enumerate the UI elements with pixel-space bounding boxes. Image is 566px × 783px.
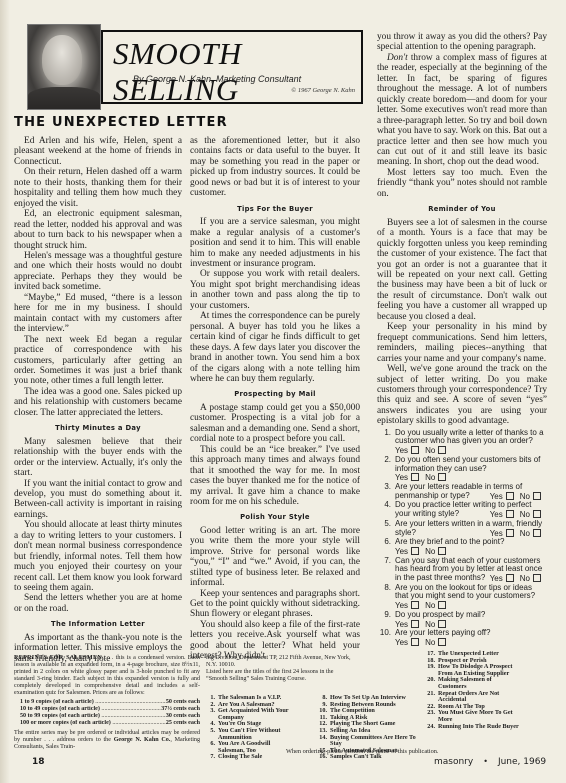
question-text: Are you on the lookout for tips or ideas… bbox=[395, 583, 535, 601]
price-quantity: 10 to 49 copies (of each article) bbox=[14, 706, 161, 713]
lesson-name: Repeat Orders Are Not Accidental bbox=[438, 690, 499, 704]
lesson-number: 14. bbox=[318, 735, 327, 742]
yes-label: Yes bbox=[395, 638, 408, 647]
paragraph: Many salesmen believe that their relatio… bbox=[14, 437, 182, 479]
paragraph: Send the letters whether you are at home… bbox=[14, 593, 182, 614]
lesson-title: 16.Samples Can't Talk bbox=[318, 754, 416, 761]
yes-checkbox[interactable] bbox=[506, 529, 514, 537]
emphasis: Don't bbox=[387, 53, 408, 63]
yes-checkbox[interactable] bbox=[506, 510, 514, 518]
portrait-suit bbox=[28, 87, 100, 109]
section-subhead: Prospecting by Mail bbox=[190, 389, 360, 399]
page-number: 18 bbox=[32, 757, 45, 767]
no-checkbox[interactable] bbox=[438, 620, 446, 628]
lesson-name: You Are A Goodwill Salesman, Too bbox=[218, 740, 270, 754]
price-quantity: 50 to 99 copies (of each article) bbox=[14, 713, 166, 720]
no-checkbox[interactable] bbox=[533, 510, 541, 518]
lesson-number: 24. bbox=[426, 724, 435, 731]
question-text: Are your letters paying off? bbox=[395, 628, 490, 637]
paragraph: Helen's message was a thoughtful gesture… bbox=[14, 251, 182, 293]
paragraph-text: throw a complex mass of figures at the r… bbox=[377, 53, 547, 168]
question-number: 8. bbox=[377, 584, 391, 593]
paragraph: The next week Ed began a regular practic… bbox=[14, 335, 182, 387]
lesson-number: 19. bbox=[426, 664, 435, 671]
paragraph: The idea was a good one. Sales picked up… bbox=[14, 387, 182, 418]
quiz-question: 5.Are your letters written in a warm, fr… bbox=[377, 520, 547, 538]
order-address-text: ing Division, Department TP, 212 Fifth A… bbox=[206, 655, 351, 669]
paragraph: If you want the initial contact to grow … bbox=[14, 479, 182, 521]
copyright-notice: © 1967 George N. Kahn bbox=[291, 87, 355, 94]
no-label: No bbox=[520, 529, 530, 538]
no-label: No bbox=[520, 574, 530, 583]
issue-date: June, 1969 bbox=[498, 757, 546, 767]
column-title: SMOOTH SELLING bbox=[113, 36, 361, 108]
no-checkbox[interactable] bbox=[438, 601, 446, 609]
reprints-intro: . . . this is a condensed version. Each … bbox=[14, 655, 200, 696]
price-quantity: 1 to 9 copies (of each article) bbox=[14, 699, 166, 706]
question-number: 6. bbox=[377, 538, 391, 547]
yes-no-answers: YesNo bbox=[395, 547, 452, 556]
paragraph: Ed, an electronic equipment salesman, re… bbox=[14, 209, 182, 251]
price-quantity: 100 or more copies (of each article) bbox=[14, 720, 166, 727]
yes-no-answers: YesNo bbox=[395, 601, 452, 610]
yes-label: Yes bbox=[490, 492, 503, 501]
yes-checkbox[interactable] bbox=[411, 473, 419, 481]
price-row: 100 or more copies (of each article)25 c… bbox=[14, 720, 200, 727]
lessons-intro: Listed here are the titles of the first … bbox=[206, 669, 351, 683]
paragraph: Don't throw a complex mass of figures at… bbox=[377, 53, 547, 168]
question-number: 7. bbox=[377, 557, 391, 566]
lesson-name: Get Acquainted With Your Company bbox=[218, 707, 288, 721]
yes-label: Yes bbox=[395, 446, 408, 455]
paragraph: Ed Arlen and his wife, Helen, spent a pl… bbox=[14, 136, 182, 167]
no-label: No bbox=[520, 492, 530, 501]
quiz-question: 7.Can you say that each of your customer… bbox=[377, 557, 547, 584]
price-list: 1 to 9 copies (of each article)50 cents … bbox=[14, 699, 200, 727]
quiz-question: 6.Are they brief and to the point?YesNo bbox=[377, 538, 547, 556]
article-column-2: as the aforementioned letter, but it als… bbox=[190, 136, 360, 662]
yes-checkbox[interactable] bbox=[411, 547, 419, 555]
lesson-title: 24.Running Into The Rude Buyer bbox=[426, 724, 521, 731]
quiz-question: 4.Do you practice letter writing to perf… bbox=[377, 501, 547, 519]
no-checkbox[interactable] bbox=[533, 574, 541, 582]
article-column-1: Ed Arlen and his wife, Helen, spent a pl… bbox=[14, 136, 182, 664]
paragraph: Keep your sentences and paragraphs short… bbox=[190, 589, 360, 620]
yes-label: Yes bbox=[490, 529, 503, 538]
price-amount: 37½ cents each bbox=[161, 706, 200, 713]
lesson-list-1: 1.The Salesman Is a V.I.P.2.Are You A Sa… bbox=[206, 695, 296, 761]
no-checkbox[interactable] bbox=[438, 638, 446, 646]
paragraph: Or suppose you work with retail dealers.… bbox=[190, 269, 360, 311]
self-quiz: 1.Do you usually write a letter of thank… bbox=[377, 429, 547, 648]
lesson-name: Making Salesmen of Customers bbox=[438, 676, 492, 690]
article-column-3: you throw it away as you did the others?… bbox=[377, 32, 547, 648]
no-checkbox[interactable] bbox=[438, 446, 446, 454]
yes-label: Yes bbox=[395, 473, 408, 482]
no-checkbox[interactable] bbox=[533, 529, 541, 537]
publication-folio: masonry•June, 1969 bbox=[434, 757, 546, 767]
no-label: No bbox=[425, 473, 435, 482]
reprints-lead: REPRINTS FOR SALESMEN bbox=[14, 655, 102, 661]
no-label: No bbox=[425, 547, 435, 556]
quiz-question: 9.Do you prospect by mail?YesNo bbox=[377, 611, 547, 629]
section-subhead: Polish Your Style bbox=[190, 512, 360, 522]
price-amount: 25 cents each bbox=[166, 720, 200, 727]
no-checkbox[interactable] bbox=[438, 547, 446, 555]
price-row: 10 to 49 copies (of each article)37½ cen… bbox=[14, 706, 200, 713]
paragraph: Well, we've gone around the track on the… bbox=[377, 364, 547, 427]
lesson-name: Closing The Sale bbox=[218, 753, 262, 760]
paragraph: You should allocate at least thirty minu… bbox=[14, 520, 182, 593]
question-number: 5. bbox=[377, 520, 391, 529]
paragraph: A postage stamp could get you a $50,000 … bbox=[190, 403, 360, 445]
lesson-list-3: 17.The Unexpected Letter18.Prospect or P… bbox=[426, 651, 521, 730]
question-text: Do you often send your customers bits of… bbox=[395, 455, 540, 473]
lesson-name: How To Dislodge A Prospect From An Exist… bbox=[438, 663, 513, 677]
yes-checkbox[interactable] bbox=[411, 601, 419, 609]
paragraph: Good letter writing is an art. The more … bbox=[190, 526, 360, 589]
page-binding-shadow bbox=[0, 0, 10, 783]
price-row: 50 to 99 copies (of each article)30 cent… bbox=[14, 713, 200, 720]
no-label: No bbox=[425, 601, 435, 610]
yes-checkbox[interactable] bbox=[411, 638, 419, 646]
section-subhead: Thirty Minutes a Day bbox=[14, 423, 182, 433]
yes-label: Yes bbox=[395, 620, 408, 629]
section-subhead: The Information Letter bbox=[14, 619, 182, 629]
portrait-head bbox=[42, 35, 82, 85]
quiz-question: 3.Are your letters readable in terms of … bbox=[377, 483, 547, 501]
question-number: 1. bbox=[377, 429, 391, 438]
lesson-name: Running Into The Rude Buyer bbox=[438, 723, 519, 730]
no-checkbox[interactable] bbox=[438, 473, 446, 481]
yes-checkbox[interactable] bbox=[411, 620, 419, 628]
article-column-3-text: you throw it away as you did the others?… bbox=[377, 32, 547, 427]
column-title-box: SMOOTH SELLING By George N. Kahn, Market… bbox=[101, 30, 363, 104]
yes-no-answers: YesNo bbox=[395, 620, 452, 629]
question-text: Do you prospect by mail? bbox=[395, 610, 485, 619]
section-subhead: Tips For the Buyer bbox=[190, 204, 360, 214]
lesson-name: Buying Committees Are Here To Stay bbox=[330, 734, 416, 748]
no-label: No bbox=[520, 510, 530, 519]
lesson-number: 21. bbox=[426, 691, 435, 698]
question-number: 10. bbox=[377, 629, 391, 638]
yes-checkbox[interactable] bbox=[506, 492, 514, 500]
byline: By George N. Kahn, Marketing Consultant bbox=[133, 74, 301, 84]
section-subhead: Reminder of You bbox=[377, 204, 547, 214]
paragraph: This could be an “ice breaker.” I've use… bbox=[190, 445, 360, 508]
no-label: No bbox=[425, 620, 435, 629]
lesson-title: 7.Closing The Sale bbox=[206, 754, 296, 761]
reprints-company: George N. Kahn Co. bbox=[114, 737, 171, 743]
author-portrait bbox=[27, 24, 101, 110]
question-number: 9. bbox=[377, 611, 391, 620]
paragraph: If you are a service salesman, you might… bbox=[190, 217, 360, 269]
paragraph: “Maybe,” Ed mused, “there is a lesson he… bbox=[14, 293, 182, 335]
lesson-number: 20. bbox=[426, 677, 435, 684]
question-text: Do you usually write a letter of thanks … bbox=[395, 428, 544, 446]
question-number: 4. bbox=[377, 501, 391, 510]
quiz-question: 2.Do you often send your customers bits … bbox=[377, 456, 547, 483]
question-number: 3. bbox=[377, 483, 391, 492]
reprints-offer: REPRINTS FOR SALESMEN . . . this is a co… bbox=[14, 655, 200, 751]
no-checkbox[interactable] bbox=[533, 492, 541, 500]
question-number: 2. bbox=[377, 456, 391, 465]
quiz-question: 1.Do you usually write a letter of thank… bbox=[377, 429, 547, 456]
yes-no-answers: YesNo bbox=[395, 473, 452, 482]
paragraph: you throw it away as you did the others?… bbox=[377, 32, 547, 53]
paragraph: At times the correspondence can be purel… bbox=[190, 311, 360, 384]
price-amount: 30 cents each bbox=[166, 713, 200, 720]
paragraph: Buyers see a lot of salesmen in the cour… bbox=[377, 218, 547, 323]
paragraph: Most letters say too much. Even the frie… bbox=[377, 168, 547, 199]
paragraph: Keep your personality in his mind by fre… bbox=[377, 322, 547, 364]
lesson-number: 6. bbox=[206, 741, 215, 748]
quiz-question: 10.Are your letters paying off?YesNo bbox=[377, 629, 547, 647]
bullet-separator: • bbox=[483, 757, 488, 766]
lesson-name: You Must Give More To Get More bbox=[438, 709, 513, 723]
yes-label: Yes bbox=[490, 574, 503, 583]
yes-label: Yes bbox=[395, 547, 408, 556]
lesson-number: 7. bbox=[206, 754, 215, 761]
lesson-number: 23. bbox=[426, 710, 435, 717]
paragraph: as the aforementioned letter, but it als… bbox=[190, 136, 360, 199]
question-text: Are they brief and to the point? bbox=[395, 537, 504, 546]
quiz-question: 8.Are you on the lookout for tips or ide… bbox=[377, 584, 547, 611]
paragraph: On their return, Helen dashed off a warm… bbox=[14, 167, 182, 209]
publication-name: masonry bbox=[434, 757, 473, 767]
yes-no-answers: YesNo bbox=[395, 638, 452, 647]
yes-label: Yes bbox=[490, 510, 503, 519]
lesson-name: You Can't Fire Without Ammunition bbox=[218, 727, 280, 741]
order-address: ing Division, Department TP, 212 Fifth A… bbox=[206, 655, 351, 683]
order-note: When ordering, please mention the name o… bbox=[286, 748, 438, 755]
yes-label: Yes bbox=[395, 601, 408, 610]
lesson-number: 5. bbox=[206, 728, 215, 735]
no-label: No bbox=[425, 638, 435, 647]
article-headline: THE UNEXPECTED LETTER bbox=[14, 115, 228, 130]
no-label: No bbox=[425, 446, 435, 455]
yes-no-answers: YesNo bbox=[395, 446, 452, 455]
lesson-number: 16. bbox=[318, 754, 327, 761]
yes-checkbox[interactable] bbox=[411, 446, 419, 454]
yes-checkbox[interactable] bbox=[506, 574, 514, 582]
lesson-number: 3. bbox=[206, 708, 215, 715]
